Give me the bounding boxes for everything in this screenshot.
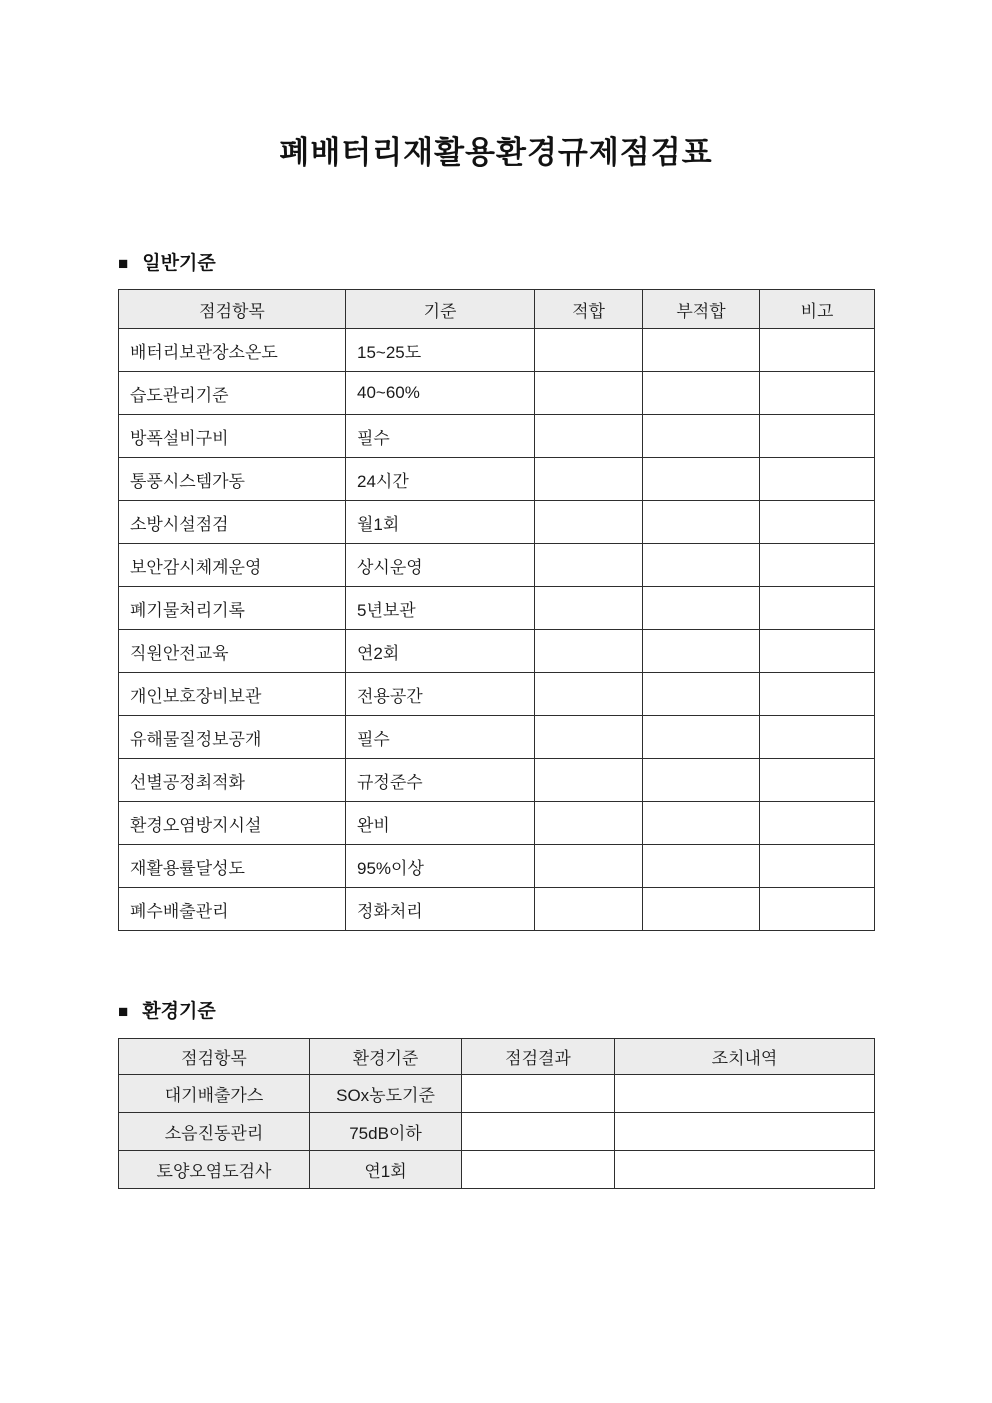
- column-header-action-taken: 조치내역: [615, 1039, 875, 1075]
- remarks-fill-cell[interactable]: [760, 630, 875, 673]
- standard-cell: 완비: [346, 802, 535, 845]
- fail-fill-cell[interactable]: [643, 802, 760, 845]
- result-fill-cell[interactable]: [462, 1075, 615, 1113]
- remarks-fill-cell[interactable]: [760, 415, 875, 458]
- general-standards-table: 점검항목 기준 적합 부적합 비고 배터리보관장소온도 15~25도: [118, 289, 875, 931]
- table-row: 통풍시스템가동 24시간: [119, 458, 875, 501]
- fail-fill-cell[interactable]: [643, 415, 760, 458]
- action-fill-cell[interactable]: [615, 1075, 875, 1113]
- remarks-fill-cell[interactable]: [760, 587, 875, 630]
- pass-fill-cell[interactable]: [535, 802, 643, 845]
- document-page: 폐배터리재활용환경규제점검표 ■ 일반기준 점검항목 기준 적합 부적합 비: [0, 0, 992, 1403]
- check-item-cell: 배터리보관장소온도: [119, 329, 346, 372]
- fail-fill-cell[interactable]: [643, 372, 760, 415]
- pass-fill-cell[interactable]: [535, 501, 643, 544]
- square-bullet-icon: ■: [118, 999, 128, 1025]
- pass-fill-cell[interactable]: [535, 544, 643, 587]
- standard-cell: 월1회: [346, 501, 535, 544]
- env-section-heading: ■ 환경기준: [118, 999, 874, 1025]
- column-header-standard: 기준: [346, 290, 535, 329]
- standard-cell: 15~25도: [346, 329, 535, 372]
- remarks-fill-cell[interactable]: [760, 673, 875, 716]
- pass-fill-cell[interactable]: [535, 845, 643, 888]
- action-fill-cell[interactable]: [615, 1151, 875, 1189]
- pass-fill-cell[interactable]: [535, 888, 643, 931]
- column-header-env-standard: 환경기준: [310, 1039, 462, 1075]
- check-item-cell: 방폭설비구비: [119, 415, 346, 458]
- standard-cell: 연2회: [346, 630, 535, 673]
- remarks-fill-cell[interactable]: [760, 501, 875, 544]
- result-fill-cell[interactable]: [462, 1151, 615, 1189]
- standard-cell: 상시운영: [346, 544, 535, 587]
- square-bullet-icon: ■: [118, 251, 128, 277]
- table-row: 선별공정최적화 규정준수: [119, 759, 875, 802]
- column-header-fail: 부적합: [643, 290, 760, 329]
- action-fill-cell[interactable]: [615, 1113, 875, 1151]
- check-item-cell: 폐기물처리기록: [119, 587, 346, 630]
- standard-cell: 전용공간: [346, 673, 535, 716]
- remarks-fill-cell[interactable]: [760, 372, 875, 415]
- check-item-cell: 소방시설점검: [119, 501, 346, 544]
- check-item-cell: 유해물질정보공개: [119, 716, 346, 759]
- environmental-standards-table: 점검항목 환경기준 점검결과 조치내역 대기배출가스 SOx농도기준 소음진동관: [118, 1038, 875, 1189]
- env-standard-cell: 연1회: [310, 1151, 462, 1189]
- standard-cell: 정화처리: [346, 888, 535, 931]
- pass-fill-cell[interactable]: [535, 716, 643, 759]
- environmental-standards-section: ■ 환경기준 점검항목 환경기준 점검결과 조치내역 대: [118, 999, 874, 1189]
- check-item-cell: 폐수배출관리: [119, 888, 346, 931]
- table-row: 습도관리기준 40~60%: [119, 372, 875, 415]
- general-table-header-row: 점검항목 기준 적합 부적합 비고: [119, 290, 875, 329]
- general-section-heading: ■ 일반기준: [118, 251, 874, 277]
- check-item-cell: 습도관리기준: [119, 372, 346, 415]
- env-standard-cell: 75dB이하: [310, 1113, 462, 1151]
- fail-fill-cell[interactable]: [643, 544, 760, 587]
- remarks-fill-cell[interactable]: [760, 802, 875, 845]
- general-standards-section: ■ 일반기준 점검항목 기준 적합 부적합 비고: [118, 251, 874, 931]
- table-row: 보안감시체계운영 상시운영: [119, 544, 875, 587]
- standard-cell: 5년보관: [346, 587, 535, 630]
- standard-cell: 필수: [346, 415, 535, 458]
- standard-cell: 40~60%: [346, 372, 535, 415]
- column-header-remarks: 비고: [760, 290, 875, 329]
- fail-fill-cell[interactable]: [643, 716, 760, 759]
- check-item-cell: 재활용률달성도: [119, 845, 346, 888]
- pass-fill-cell[interactable]: [535, 329, 643, 372]
- check-item-cell: 보안감시체계운영: [119, 544, 346, 587]
- remarks-fill-cell[interactable]: [760, 329, 875, 372]
- table-row: 폐기물처리기록 5년보관: [119, 587, 875, 630]
- pass-fill-cell[interactable]: [535, 415, 643, 458]
- check-item-cell: 대기배출가스: [119, 1075, 310, 1113]
- remarks-fill-cell[interactable]: [760, 458, 875, 501]
- env-standard-cell: SOx농도기준: [310, 1075, 462, 1113]
- check-item-cell: 통풍시스템가동: [119, 458, 346, 501]
- table-row: 방폭설비구비 필수: [119, 415, 875, 458]
- standard-cell: 24시간: [346, 458, 535, 501]
- standard-cell: 규정준수: [346, 759, 535, 802]
- pass-fill-cell[interactable]: [535, 630, 643, 673]
- fail-fill-cell[interactable]: [643, 888, 760, 931]
- table-row: 유해물질정보공개 필수: [119, 716, 875, 759]
- env-section-heading-label: 환경기준: [142, 999, 215, 1025]
- table-row: 재활용률달성도 95%이상: [119, 845, 875, 888]
- check-item-cell: 토양오염도검사: [119, 1151, 310, 1189]
- column-header-check-item: 점검항목: [119, 290, 346, 329]
- check-item-cell: 선별공정최적화: [119, 759, 346, 802]
- remarks-fill-cell[interactable]: [760, 544, 875, 587]
- pass-fill-cell[interactable]: [535, 759, 643, 802]
- page-title: 폐배터리재활용환경규제점검표: [0, 0, 992, 174]
- check-item-cell: 환경오염방지시설: [119, 802, 346, 845]
- pass-fill-cell[interactable]: [535, 458, 643, 501]
- fail-fill-cell[interactable]: [643, 501, 760, 544]
- fail-fill-cell[interactable]: [643, 673, 760, 716]
- fail-fill-cell[interactable]: [643, 630, 760, 673]
- fail-fill-cell[interactable]: [643, 329, 760, 372]
- column-header-pass: 적합: [535, 290, 643, 329]
- column-header-check-result: 점검결과: [462, 1039, 615, 1075]
- table-row: 직원안전교육 연2회: [119, 630, 875, 673]
- table-row: 개인보호장비보관 전용공간: [119, 673, 875, 716]
- pass-fill-cell[interactable]: [535, 372, 643, 415]
- table-row: 소방시설점검 월1회: [119, 501, 875, 544]
- check-item-cell: 직원안전교육: [119, 630, 346, 673]
- page-content: ■ 일반기준 점검항목 기준 적합 부적합 비고: [118, 251, 874, 1189]
- remarks-fill-cell[interactable]: [760, 759, 875, 802]
- standard-cell: 95%이상: [346, 845, 535, 888]
- check-item-cell: 소음진동관리: [119, 1113, 310, 1151]
- table-row: 폐수배출관리 정화처리: [119, 888, 875, 931]
- remarks-fill-cell[interactable]: [760, 888, 875, 931]
- remarks-fill-cell[interactable]: [760, 716, 875, 759]
- env-table-header-row: 점검항목 환경기준 점검결과 조치내역: [119, 1039, 875, 1075]
- table-row: 환경오염방지시설 완비: [119, 802, 875, 845]
- table-row: 배터리보관장소온도 15~25도: [119, 329, 875, 372]
- fail-fill-cell[interactable]: [643, 458, 760, 501]
- table-row: 대기배출가스 SOx농도기준: [119, 1075, 875, 1113]
- pass-fill-cell[interactable]: [535, 587, 643, 630]
- fail-fill-cell[interactable]: [643, 759, 760, 802]
- table-row: 토양오염도검사 연1회: [119, 1151, 875, 1189]
- table-row: 소음진동관리 75dB이하: [119, 1113, 875, 1151]
- general-section-heading-label: 일반기준: [142, 251, 215, 277]
- check-item-cell: 개인보호장비보관: [119, 673, 346, 716]
- remarks-fill-cell[interactable]: [760, 845, 875, 888]
- column-header-check-item: 점검항목: [119, 1039, 310, 1075]
- result-fill-cell[interactable]: [462, 1113, 615, 1151]
- fail-fill-cell[interactable]: [643, 587, 760, 630]
- pass-fill-cell[interactable]: [535, 673, 643, 716]
- fail-fill-cell[interactable]: [643, 845, 760, 888]
- standard-cell: 필수: [346, 716, 535, 759]
